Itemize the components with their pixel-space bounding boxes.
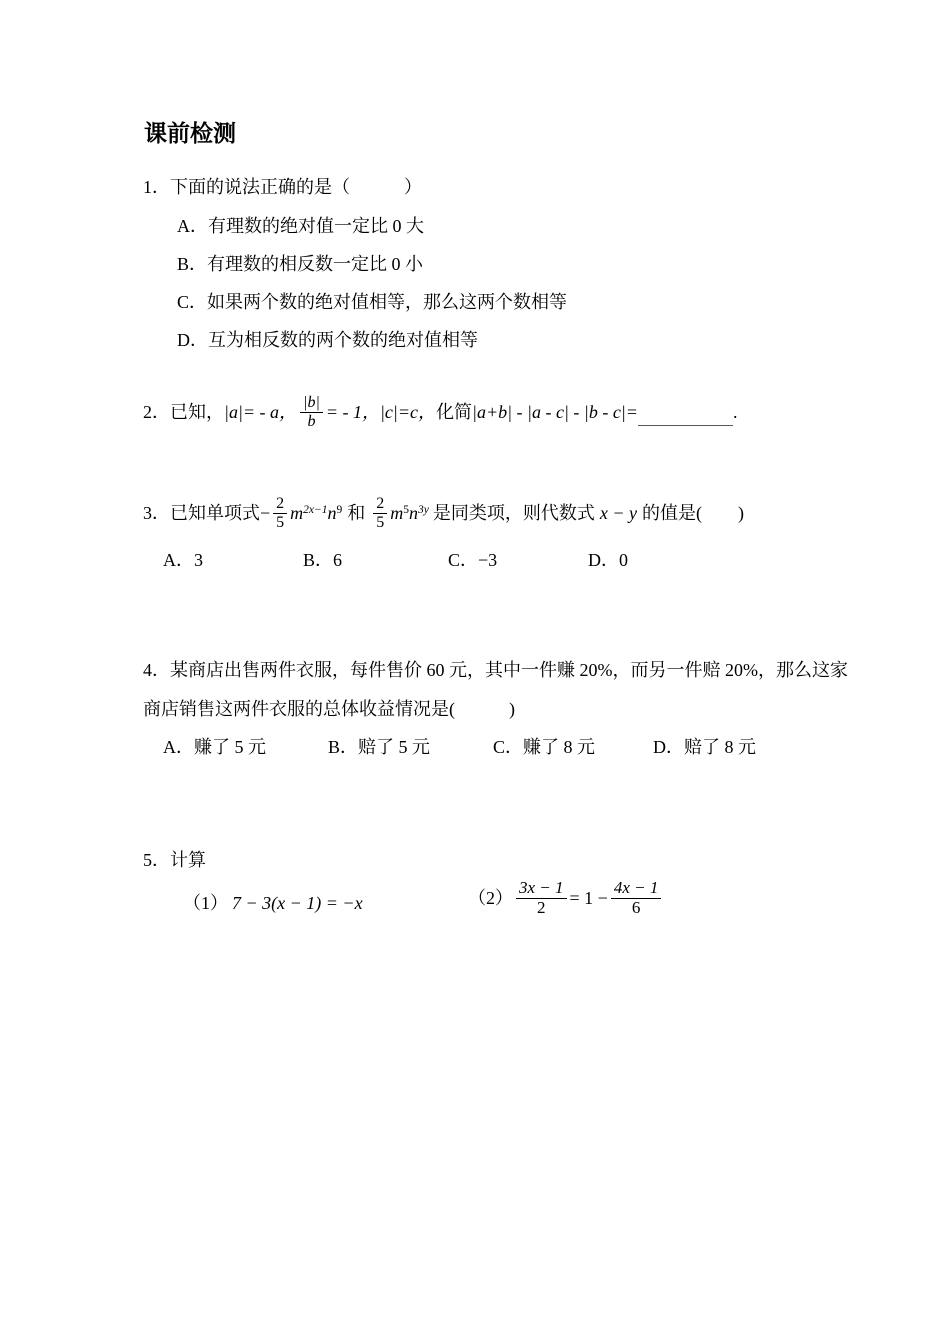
q3-monomial-2: m5n3y bbox=[390, 503, 429, 524]
q3-tail-1: 是同类项，则代数式 bbox=[433, 503, 595, 524]
q5-part-2-fraction-2-numerator: 4x − 1 bbox=[611, 879, 662, 899]
question-1-option-a: A．有理数的绝对值一定比 0 大 bbox=[177, 216, 424, 237]
question-3-option-b: B．6 bbox=[303, 550, 342, 571]
question-3-option-a: A．3 bbox=[163, 550, 203, 571]
q3-monomial-1-exponent-m: 2x−1 bbox=[303, 504, 327, 516]
q3-tail-2: 的值是( ) bbox=[642, 503, 744, 524]
q3-monomial-2-base-m: m bbox=[390, 503, 403, 523]
q3-monomial-1: m2x−1n9 bbox=[290, 503, 342, 524]
question-1-option-b: B．有理数的相反数一定比 0 小 bbox=[177, 254, 423, 275]
question-5-part-1: （1） 7 − 3(x − 1) = −x bbox=[183, 890, 363, 916]
question-4-option-d: D．赔了 8 元 bbox=[653, 737, 756, 758]
q3-monomial-1-base-n: n bbox=[328, 503, 337, 523]
q2-condition-2: = - 1， bbox=[326, 402, 380, 423]
q5-part-2-number: （2） bbox=[468, 888, 513, 909]
q3-fraction-1-denominator: 5 bbox=[274, 514, 286, 532]
q3-fraction-1-numerator: 2 bbox=[273, 495, 287, 514]
question-3-option-d: D．0 bbox=[588, 550, 628, 571]
q3-lead: 3．已知单项式 bbox=[143, 503, 260, 524]
question-5-label: 5．计算 bbox=[143, 850, 206, 871]
question-4-stem-line-2: 商店销售这两件衣服的总体收益情况是( ) bbox=[143, 699, 515, 720]
q3-fraction-2-numerator: 2 bbox=[373, 495, 387, 514]
q3-monomial-2-base-n: n bbox=[409, 503, 418, 523]
q5-part-2-fraction-1-denominator: 2 bbox=[535, 899, 548, 918]
q5-part-2-fraction-1: 3x − 1 2 bbox=[516, 879, 567, 917]
q5-part-1-number: （1） bbox=[183, 893, 228, 914]
question-1-stem: 1．下面的说法正确的是（ ） bbox=[143, 177, 422, 198]
question-3-stem: 3．已知单项式 − 2 5 m2x−1n9 和 2 5 m5n3y 是同类项，则… bbox=[143, 485, 744, 541]
q3-fraction-2-denominator: 5 bbox=[374, 514, 386, 532]
q2-lead: 2．已知， bbox=[143, 402, 224, 423]
q2-simplify-label: 化简 bbox=[436, 402, 472, 423]
q3-and-label: 和 bbox=[347, 503, 365, 524]
question-1-option-c: C．如果两个数的绝对值相等，那么这两个数相等 bbox=[177, 292, 567, 313]
q2-fraction-abs-b-over-b: |b| b bbox=[300, 394, 323, 430]
q3-minus-sign: − bbox=[260, 503, 270, 524]
question-4-option-a: A．赚了 5 元 bbox=[163, 737, 266, 758]
question-1-option-d: D．互为相反数的两个数的绝对值相等 bbox=[177, 330, 478, 351]
q5-part-1-equation: 7 − 3(x − 1) = −x bbox=[232, 893, 363, 914]
question-4-option-c: C．赚了 8 元 bbox=[493, 737, 595, 758]
q3-monomial-1-base-m: m bbox=[290, 503, 303, 523]
page-title: 课前检测 bbox=[144, 121, 236, 146]
q3-monomial-2-exponent-n: 3y bbox=[418, 504, 429, 516]
q3-fraction-1: 2 5 bbox=[273, 495, 287, 531]
question-5-part-2: （2） 3x − 1 2 = 1 − 4x − 1 6 bbox=[468, 872, 664, 924]
question-4-stem-line-1: 4．某商店出售两件衣服，每件售价 60 元，其中一件赚 20%，而另一件赔 20… bbox=[143, 660, 848, 681]
q5-part-2-fraction-1-numerator: 3x − 1 bbox=[516, 879, 567, 899]
q3-fraction-2: 2 5 bbox=[373, 495, 387, 531]
q5-part-2-fraction-2-denominator: 6 bbox=[630, 899, 643, 918]
question-2-stem: 2．已知， |a|= - a， |b| b = - 1， |c|=c， 化简 |… bbox=[143, 384, 737, 440]
q2-condition-1: |a|= - a， bbox=[224, 402, 297, 423]
q3-monomial-1-exponent-n: 9 bbox=[337, 504, 343, 516]
q2-fraction-denominator: b bbox=[305, 413, 317, 431]
worksheet-page: 课前检测 1．下面的说法正确的是（ ） A．有理数的绝对值一定比 0 大 B．有… bbox=[0, 0, 950, 1344]
q3-expression-x-minus-y: x − y bbox=[600, 503, 637, 524]
q2-expression: |a+b| - |a - c| - |b - c|= bbox=[472, 402, 638, 423]
q5-part-2-fraction-2: 4x − 1 6 bbox=[611, 879, 662, 917]
q5-part-2-equals-segment: = 1 − bbox=[570, 888, 608, 909]
q2-condition-3: |c|=c， bbox=[380, 402, 436, 423]
question-4-option-b: B．赔了 5 元 bbox=[328, 737, 430, 758]
question-3-option-c: C．−3 bbox=[448, 550, 497, 571]
q2-answer-blank-underline bbox=[638, 405, 733, 426]
q2-fraction-numerator: |b| bbox=[300, 394, 323, 413]
q2-period: . bbox=[733, 402, 738, 423]
